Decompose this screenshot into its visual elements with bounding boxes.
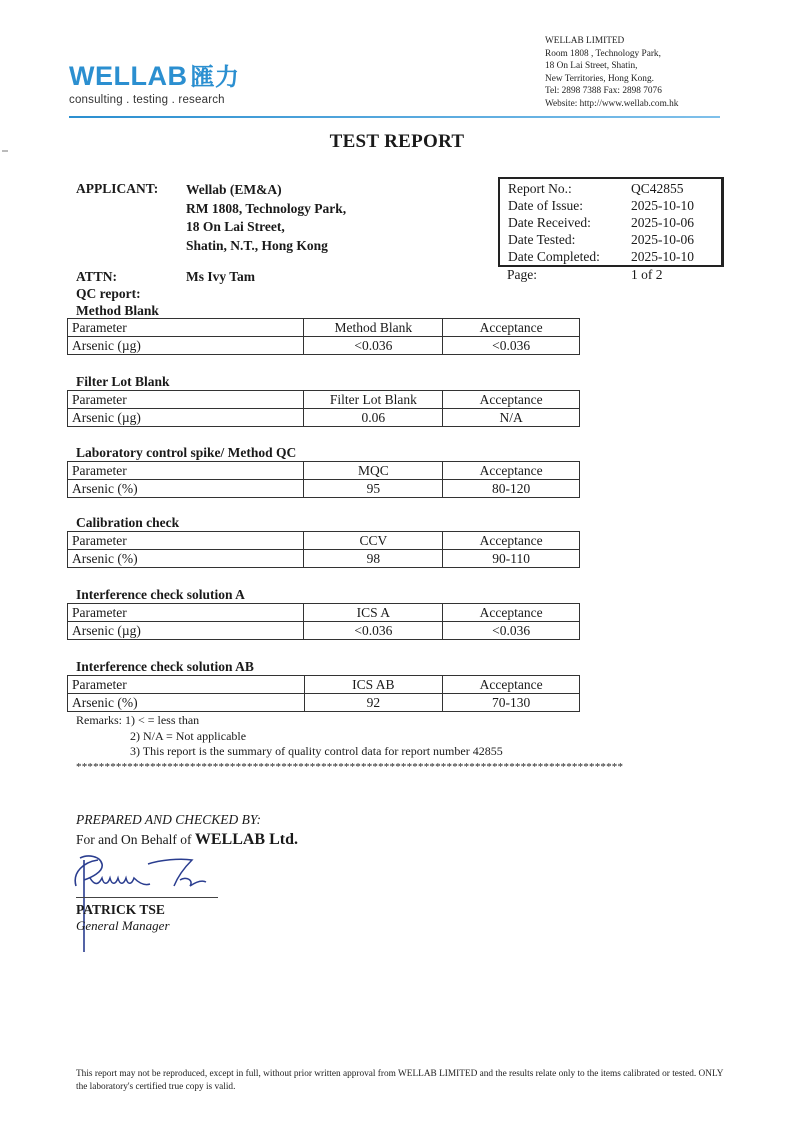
attn-label: ATTN: [76,269,117,285]
section-title-ics-ab: Interference check solution AB [76,659,254,675]
on-behalf-company: WELLAB Ltd. [195,831,298,848]
table-cell: Arsenic (µg) [68,337,304,355]
table-cell: 98 [304,550,443,568]
table-cell: Arsenic (%) [68,550,304,568]
table-cell: <0.036 [443,337,580,355]
on-behalf-prefix: For and On Behalf of [76,832,195,847]
table-header-cell: Acceptance [443,604,580,622]
table-cell: 80-120 [443,480,580,498]
table-row: Arsenic (µg) 0.06 N/A [68,409,580,427]
applicant-address-line: 18 On Lai Street, [186,218,346,237]
remark-line: 3) This report is the summary of quality… [76,744,503,760]
company-address-line: 18 On Lai Street, Shatin, [545,60,678,73]
table-cell: 0.06 [304,409,443,427]
table-header-cell: Filter Lot Blank [304,391,443,409]
page-title: TEST REPORT [0,131,794,153]
company-address-line: Room 1808 , Technology Park, [545,48,678,61]
table-header-cell: Acceptance [443,532,580,550]
table-header-row: Parameter MQC Acceptance [68,462,580,480]
method-qc-table: Parameter MQC Acceptance Arsenic (%) 95 … [67,461,580,498]
qc-report-label: QC report: [76,286,141,302]
filter-lot-blank-table: Parameter Filter Lot Blank Acceptance Ar… [67,390,580,427]
date-received-value: 2025-10-06 [631,214,694,231]
section-title-filter-lot-blank: Filter Lot Blank [76,374,170,390]
section-title-method-blank: Method Blank [76,303,159,319]
logo-cjk-text: 匯力 [190,64,239,91]
section-title-ics-a: Interference check solution A [76,587,245,603]
header-divider [69,116,720,118]
prepared-by-heading: PREPARED AND CHECKED BY: [76,812,261,828]
table-cell: 70-130 [443,694,580,712]
table-header-cell: Acceptance [443,462,580,480]
company-phone-fax: Tel: 2898 7388 Fax: 2898 7076 [545,85,678,98]
date-tested-label: Date Tested: [508,231,575,248]
table-header-cell: ICS AB [304,676,443,694]
page-label: Page: [507,267,537,283]
table-cell: N/A [443,409,580,427]
table-cell: 90-110 [443,550,580,568]
table-header-cell: MQC [304,462,443,480]
date-received-label: Date Received: [508,214,591,231]
on-behalf-line: For and On Behalf of WELLAB Ltd. [76,831,298,849]
footer-disclaimer: This report may not be reproduced, excep… [76,1068,736,1094]
table-header-cell: Parameter [68,391,304,409]
page-number: 1 of 2 [631,267,663,283]
company-name: WELLAB LIMITED [545,35,678,48]
table-header-cell: Parameter [68,676,305,694]
table-header-row: Parameter Method Blank Acceptance [68,319,580,337]
date-tested-value: 2025-10-06 [631,231,694,248]
table-cell: Arsenic (µg) [68,409,304,427]
table-row: Arsenic (%) 92 70-130 [68,694,580,712]
logo-text: WELLAB [69,61,187,91]
report-no-value: QC42855 [631,180,684,197]
signer-name: PATRICK TSE [76,902,165,918]
table-cell: 95 [304,480,443,498]
table-cell: <0.036 [443,622,580,640]
table-cell: <0.036 [304,337,443,355]
table-header-cell: CCV [304,532,443,550]
applicant-address: Wellab (EM&A) RM 1808, Technology Park, … [186,181,346,255]
section-title-method-qc: Laboratory control spike/ Method QC [76,445,296,461]
company-address-block: WELLAB LIMITED Room 1808 , Technology Pa… [545,35,678,110]
table-header-row: Parameter Filter Lot Blank Acceptance [68,391,580,409]
signature-line [76,897,218,898]
applicant-label: APPLICANT: [76,181,158,197]
table-header-cell: Method Blank [304,319,443,337]
method-blank-table: Parameter Method Blank Acceptance Arseni… [67,318,580,355]
wellab-logo: WELLAB匯力 consulting . testing . research [69,62,239,106]
table-cell: Arsenic (%) [68,480,304,498]
table-header-cell: Parameter [68,462,304,480]
logo-tagline: consulting . testing . research [69,94,239,106]
asterisk-separator: ****************************************… [76,761,721,773]
applicant-address-line: Shatin, N.T., Hong Kong [186,237,346,256]
table-header-cell: ICS A [304,604,443,622]
table-header-row: Parameter ICS AB Acceptance [68,676,580,694]
report-info-box: Report No.: QC42855 Date of Issue: 2025-… [498,177,724,267]
remarks-block: Remarks: 1) < = less than 2) N/A = Not a… [76,713,503,760]
table-cell: <0.036 [304,622,443,640]
remark-line: Remarks: 1) < = less than [76,713,503,729]
table-row: Arsenic (µg) <0.036 <0.036 [68,622,580,640]
table-header-cell: Acceptance [443,319,580,337]
company-website: Website: http://www.wellab.com.hk [545,98,678,111]
table-header-row: Parameter CCV Acceptance [68,532,580,550]
table-header-row: Parameter ICS A Acceptance [68,604,580,622]
logo-wordmark: WELLAB匯力 [69,62,239,92]
applicant-name: Wellab (EM&A) [186,181,346,200]
table-header-cell: Acceptance [443,391,580,409]
signer-title: General Manager [76,918,170,934]
table-header-cell: Acceptance [443,676,580,694]
date-of-issue-label: Date of Issue: [508,197,583,214]
company-address-line: New Territories, Hong Kong. [545,73,678,86]
ics-a-table: Parameter ICS A Acceptance Arsenic (µg) … [67,603,580,640]
remark-line: 2) N/A = Not applicable [76,729,503,745]
ics-ab-table: Parameter ICS AB Acceptance Arsenic (%) … [67,675,580,712]
applicant-address-line: RM 1808, Technology Park, [186,200,346,219]
section-title-calibration-check: Calibration check [76,515,179,531]
date-completed-label: Date Completed: [508,248,600,265]
calibration-check-table: Parameter CCV Acceptance Arsenic (%) 98 … [67,531,580,568]
report-no-label: Report No.: [508,180,572,197]
table-header-cell: Parameter [68,532,304,550]
table-cell: Arsenic (µg) [68,622,304,640]
table-row: Arsenic (µg) <0.036 <0.036 [68,337,580,355]
table-header-cell: Parameter [68,319,304,337]
table-cell: 92 [304,694,443,712]
table-cell: Arsenic (%) [68,694,305,712]
table-row: Arsenic (%) 95 80-120 [68,480,580,498]
date-of-issue-value: 2025-10-10 [631,197,694,214]
table-row: Arsenic (%) 98 90-110 [68,550,580,568]
table-header-cell: Parameter [68,604,304,622]
attn-value: Ms Ivy Tam [186,269,255,285]
date-completed-value: 2025-10-10 [631,248,694,265]
